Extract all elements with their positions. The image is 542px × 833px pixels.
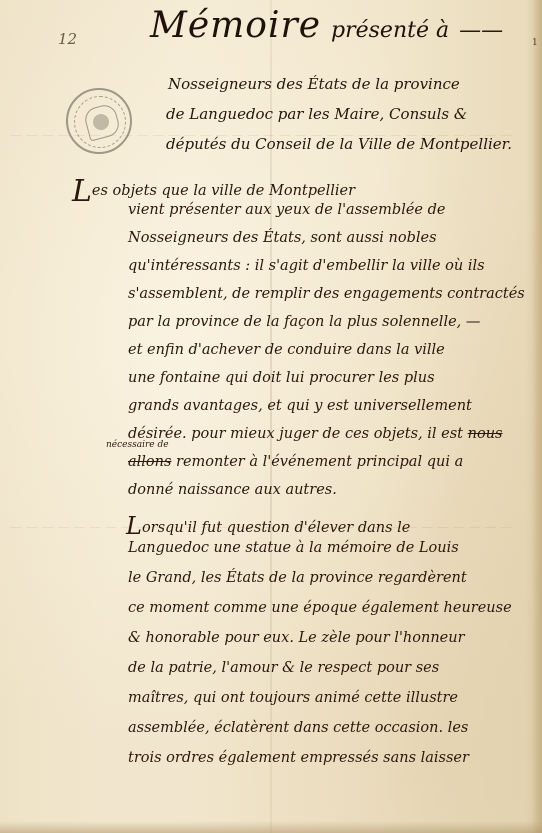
paragraph-1-line-12: donné naissance aux autres. [128, 482, 337, 498]
paragraph-1-line-4: qu'intéressants : il s'agit d'embellir l… [128, 258, 485, 274]
paragraph-1-line-7: et enfin d'achever de conduire dans la v… [128, 342, 445, 358]
title-main-word: Mémoire [150, 5, 321, 46]
page-edge-bottom [0, 821, 542, 833]
line-text: remonter à l'événement principal qui a [176, 454, 463, 470]
interlinear-insertion: nécessaire de [106, 440, 169, 450]
stamp-core [93, 114, 109, 130]
line-text: orsqu'il fut question d'élever dans le [142, 520, 410, 536]
paragraph-1-line-10: désirée. pour mieux juger de ces objets,… [128, 426, 502, 442]
paragraph-1-line-6: par la province de la façon la plus sole… [128, 314, 480, 330]
title-line-3: députés du Conseil de la Ville de Montpe… [166, 135, 512, 153]
paragraph-2-line-6: de la patrie, l'amour & le respect pour … [128, 660, 439, 676]
paragraph-1-line-1: Les objets que la ville de Montpellier [128, 168, 355, 203]
title-line-1: Nosseigneurs des États de la province [168, 75, 460, 93]
title-dash: —— [459, 18, 503, 43]
archive-stamp-icon [66, 88, 132, 154]
paragraph-1-line-3: Nosseigneurs des États, sont aussi noble… [128, 230, 437, 246]
paper-fold [270, 0, 272, 833]
dropcap: L [72, 174, 92, 209]
paragraph-2-line-8: assemblée, éclatèrent dans cette occasio… [128, 720, 468, 736]
paragraph-2-line-5: & honorable pour eux. Le zèle pour l'hon… [128, 630, 465, 646]
line-text: es objets que la ville de Montpellier [92, 183, 355, 199]
paragraph-1-line-11: allons remonter à l'événement principal … [128, 454, 463, 470]
struck-word: allons [128, 454, 171, 470]
line-text: désirée. pour mieux juger de ces objets,… [128, 426, 463, 442]
page-edge-right [532, 0, 542, 833]
paragraph-2-line-7: maîtres, qui ont toujours animé cette il… [128, 690, 458, 706]
folio-number: 12 [58, 30, 77, 48]
document-title: Mémoireprésenté à—— [150, 5, 503, 46]
paragraph-2-line-2: Languedoc une statue à la mémoire de Lou… [128, 540, 459, 556]
paragraph-1-line-2: vient présenter aux yeux de l'assemblée … [128, 202, 445, 218]
paragraph-1-line-9: grands avantages, et qui y est universel… [128, 398, 472, 414]
paragraph-2-line-4: ce moment comme une époque également heu… [128, 600, 512, 616]
paragraph-2-line-1: Lorsqu'il fut question d'élever dans le [128, 510, 410, 538]
corner-mark: 1 [532, 38, 538, 48]
title-rest: présenté à [331, 18, 449, 43]
struck-word: nous [468, 426, 503, 442]
manuscript-page: — — — — — — — — — — — — — — — — — — — — … [0, 0, 542, 833]
dropcap: L [126, 512, 142, 540]
paragraph-2-line-9: trois ordres également empressés sans la… [128, 750, 469, 766]
paragraph-1-line-8: une fontaine qui doit lui procurer les p… [128, 370, 435, 386]
paragraph-2-line-3: le Grand, les États de la province regar… [128, 570, 467, 586]
title-line-2: de Languedoc par les Maire, Consuls & [166, 105, 467, 123]
paragraph-1-line-5: s'assemblent, de remplir des engagements… [128, 286, 525, 302]
